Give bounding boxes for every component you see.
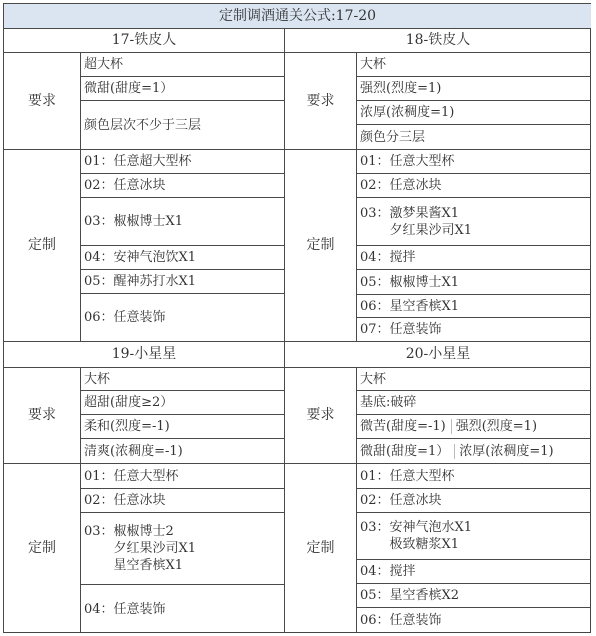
level-19-requirements-label: 要求 bbox=[3, 367, 80, 463]
step-text: 任意冰块 bbox=[390, 177, 442, 194]
step-number: 01： bbox=[84, 153, 114, 170]
step-line: 星空香槟X1 bbox=[114, 557, 197, 574]
requirement-item: 柔和(烈度=-1) bbox=[80, 414, 284, 438]
requirement-text: 强烈(烈度=1) bbox=[456, 418, 537, 435]
step-text: 任意冰块 bbox=[114, 492, 166, 509]
step-item: 04：安神气泡饮X1 bbox=[80, 245, 284, 269]
requirement-item: 清爽(浓稠度=-1) bbox=[80, 438, 284, 463]
level-19-name: 19-小星星 bbox=[3, 341, 284, 367]
step-item: 06：任意装饰 bbox=[356, 607, 591, 633]
step-number: 04： bbox=[360, 563, 390, 580]
step-number: 02： bbox=[84, 177, 114, 194]
level-18-custom-label: 定制 bbox=[284, 149, 356, 341]
requirement-item: 微甜(甜度=1） bbox=[80, 76, 284, 100]
step-line: 激梦果酱X1 bbox=[390, 205, 473, 222]
step-text: 任意大型杯 bbox=[390, 468, 455, 485]
table-title: 定制调酒通关公式:17-20 bbox=[3, 3, 591, 28]
step-text: 任意超大型杯 bbox=[114, 153, 192, 170]
step-item: 03： 激梦果酱X1夕红果沙司X1 bbox=[356, 197, 591, 245]
step-number: 05： bbox=[360, 587, 390, 604]
level-17-requirements-label: 要求 bbox=[3, 52, 80, 149]
step-number: 06： bbox=[360, 612, 390, 629]
step-item: 02：任意冰块 bbox=[356, 173, 591, 197]
step-item: 01：任意大型杯 bbox=[80, 463, 284, 488]
recipe-table: 定制调酒通关公式:17-20 17-铁皮人 要求 超大杯 微甜(甜度=1） 颜色… bbox=[3, 3, 591, 633]
step-text: 星空香槟X2 bbox=[390, 587, 460, 604]
level-20-requirements-label: 要求 bbox=[284, 367, 356, 463]
step-item: 05：醒神苏打水X1 bbox=[80, 269, 284, 293]
step-number: 06： bbox=[84, 309, 114, 326]
step-item: 03： 椒椒博士2夕红果沙司X1星空香槟X1 bbox=[80, 512, 284, 584]
requirement-item: 超大杯 bbox=[80, 52, 284, 76]
requirement-item: 大杯 bbox=[80, 367, 284, 390]
step-item: 02：任意冰块 bbox=[80, 488, 284, 512]
step-number: 05： bbox=[360, 274, 390, 291]
step-line: 夕红果沙司X1 bbox=[390, 222, 473, 239]
level-20-custom-label: 定制 bbox=[284, 463, 356, 633]
requirement-item: 大杯 bbox=[356, 52, 591, 76]
step-item: 05：椒椒博士X1 bbox=[356, 269, 591, 294]
step-number: 03： bbox=[84, 213, 114, 230]
step-number: 04： bbox=[84, 601, 114, 618]
step-text: 任意大型杯 bbox=[114, 468, 179, 485]
step-number: 02： bbox=[84, 492, 114, 509]
step-text: 安神气泡饮X1 bbox=[114, 249, 197, 266]
step-item: 05：星空香槟X2 bbox=[356, 583, 591, 607]
requirement-item: 大杯 bbox=[356, 367, 591, 390]
step-number: 02： bbox=[360, 492, 390, 509]
requirement-item: 强烈(烈度=1) bbox=[356, 76, 591, 100]
step-item: 04：搅拌 bbox=[356, 245, 591, 269]
step-text: 椒椒博士X1 bbox=[390, 274, 460, 291]
step-number: 01： bbox=[360, 153, 390, 170]
step-number: 03： bbox=[84, 523, 114, 540]
requirement-item: 微甜(甜度=1）浓厚(浓稠度=1) bbox=[356, 438, 591, 463]
requirement-text: 大杯 bbox=[360, 371, 386, 388]
step-number: 04： bbox=[360, 249, 390, 266]
level-18-name: 18-铁皮人 bbox=[284, 28, 591, 52]
step-number: 02： bbox=[360, 177, 390, 194]
step-number: 05： bbox=[84, 273, 114, 290]
step-text: 任意冰块 bbox=[114, 177, 166, 194]
level-19-custom-label: 定制 bbox=[3, 463, 80, 633]
step-item: 04：任意装饰 bbox=[80, 584, 284, 633]
step-item: 06：星空香槟X1 bbox=[356, 294, 591, 317]
step-item: 02：任意冰块 bbox=[356, 488, 591, 512]
step-line: 夕红果沙司X1 bbox=[114, 540, 197, 557]
step-item: 06：任意装饰 bbox=[80, 293, 284, 341]
step-text: 任意装饰 bbox=[114, 309, 166, 326]
requirement-text: 基底:破碎 bbox=[360, 394, 416, 411]
step-text: 任意大型杯 bbox=[390, 153, 455, 170]
step-item: 01：任意大型杯 bbox=[356, 149, 591, 173]
step-item: 02：任意冰块 bbox=[80, 173, 284, 197]
separator bbox=[454, 444, 455, 459]
step-line: 安神气泡水X1 bbox=[390, 519, 473, 536]
step-item: 07：任意装饰 bbox=[356, 317, 591, 341]
step-number: 07： bbox=[360, 321, 390, 338]
step-text: 椒椒博士X1 bbox=[114, 213, 184, 230]
step-number: 03： bbox=[360, 205, 390, 222]
step-number: 03： bbox=[360, 519, 390, 536]
step-number: 01： bbox=[360, 468, 390, 485]
step-text: 搅拌 bbox=[390, 249, 416, 266]
step-line: 椒椒博士2 bbox=[114, 523, 197, 540]
step-text: 任意冰块 bbox=[390, 492, 442, 509]
step-number: 04： bbox=[84, 249, 114, 266]
level-18-requirements-label: 要求 bbox=[284, 52, 356, 149]
step-item: 01：任意大型杯 bbox=[356, 463, 591, 488]
step-number: 06： bbox=[360, 298, 390, 315]
separator bbox=[451, 419, 452, 434]
requirement-item: 颜色层次不少于三层 bbox=[80, 100, 284, 149]
step-item: 01：任意超大型杯 bbox=[80, 149, 284, 173]
step-item: 03： 安神气泡水X1极致糖浆X1 bbox=[356, 512, 591, 559]
step-number: 01： bbox=[84, 468, 114, 485]
level-20-name: 20-小星星 bbox=[284, 341, 591, 367]
requirement-text: 浓厚(浓稠度=1) bbox=[459, 443, 553, 460]
requirement-item: 微苦(甜度=-1)强烈(烈度=1) bbox=[356, 414, 591, 438]
requirement-item: 颜色分三层 bbox=[356, 124, 591, 149]
step-text: 任意装饰 bbox=[114, 601, 166, 618]
requirement-item: 超甜(甜度≥2） bbox=[80, 390, 284, 414]
requirement-item: 基底:破碎 bbox=[356, 390, 591, 414]
step-item: 03：椒椒博士X1 bbox=[80, 197, 284, 245]
requirement-text: 微苦(甜度=-1) bbox=[360, 418, 446, 435]
level-17-name: 17-铁皮人 bbox=[3, 28, 284, 52]
level-17-custom-label: 定制 bbox=[3, 149, 80, 341]
step-item: 04：搅拌 bbox=[356, 559, 591, 583]
step-text: 搅拌 bbox=[390, 563, 416, 580]
step-text: 醒神苏打水X1 bbox=[114, 273, 197, 290]
step-text: 任意装饰 bbox=[390, 612, 442, 629]
requirement-text: 微甜(甜度=1） bbox=[360, 443, 449, 460]
step-line: 极致糖浆X1 bbox=[390, 536, 473, 553]
step-text: 任意装饰 bbox=[390, 321, 442, 338]
requirement-item: 浓厚(浓稠度=1) bbox=[356, 100, 591, 124]
step-text: 星空香槟X1 bbox=[390, 298, 460, 315]
